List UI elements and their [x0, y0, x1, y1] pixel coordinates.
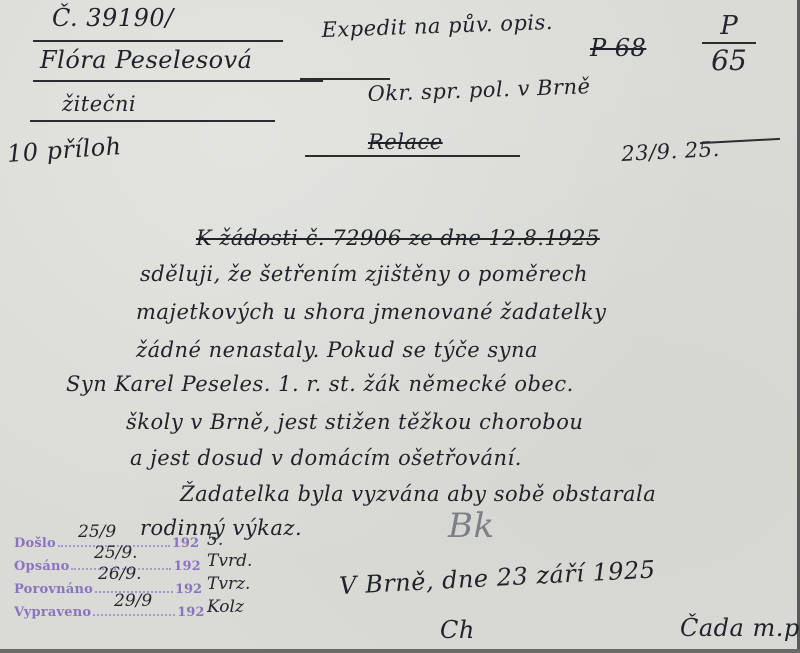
- stamp-label-doslo: Došlo: [14, 536, 56, 551]
- stamp-label-porovnano: Porovnáno: [14, 582, 93, 597]
- body-line-1: K žádosti č. 72906 ze dne 12.8.1925: [196, 226, 600, 250]
- stamp-date-vypraveno: 29/9: [114, 591, 152, 611]
- stamp-date-doslo: 25/9: [78, 522, 116, 542]
- page-edge-bottom: [0, 649, 800, 653]
- stamp-row-opsano: Opsáno 192 25/9. Tvrd.: [14, 551, 314, 574]
- underline-reference: [33, 40, 283, 42]
- applicant-role: žitečni: [62, 92, 136, 116]
- pencil-initials: Bk: [448, 506, 495, 546]
- underline-relace: [305, 155, 520, 157]
- body-line-4: žádné nenastaly. Pokud se týče syna: [136, 338, 538, 362]
- underline-role: [30, 120, 275, 122]
- closing-place-date: V Brně, dne 23 září 1925: [339, 555, 657, 600]
- body-line-2: sděluji, že šetřením zjištěny o poměrech: [140, 262, 588, 286]
- closing-initials: Ch: [440, 616, 475, 644]
- registry-stamp: Došlo 192 25/9 5. Opsáno 192 25/9. Tvrd.…: [14, 528, 314, 620]
- struck-file-code: P 68: [590, 34, 646, 62]
- attachments-count: 10 příloh: [6, 132, 122, 168]
- expedition-note: Expedit na pův. opis.: [321, 10, 553, 42]
- applicant-name: Flóra Peselesová: [40, 46, 253, 74]
- archival-document-page: Č. 39190/ Flóra Peselesová žitečni 10 př…: [0, 0, 800, 653]
- body-line-5: Syn Karel Peseles. 1. r. st. žák německé…: [66, 372, 574, 396]
- stamp-date-porovnano: 26/9.: [98, 564, 142, 584]
- reference-number: Č. 39190/: [52, 4, 174, 32]
- stamp-year-suffix-doslo: 5.: [207, 530, 223, 550]
- stamp-year-prefix: 192: [177, 605, 204, 620]
- stamp-dotted-line: [93, 613, 175, 616]
- body-line-3: majetkových u shora jmenované žadatelky: [136, 300, 607, 324]
- closing-signature: Čada m.p.: [680, 614, 800, 642]
- body-line-7: a jest dosud v domácím ošetřování.: [130, 446, 522, 470]
- stamp-label-opsano: Opsáno: [14, 559, 69, 574]
- underline-applicant: [33, 80, 323, 82]
- stamp-label-vypraveno: Vypraveno: [14, 605, 91, 620]
- stamp-year-prefix: 192: [173, 559, 200, 574]
- stamp-row-doslo: Došlo 192 25/9 5.: [14, 528, 314, 551]
- district-office: Okr. spr. pol. v Brně: [367, 74, 591, 106]
- file-code-fraction: P 65: [702, 12, 756, 76]
- struck-relace: Relace: [368, 130, 443, 154]
- body-line-6: školy v Brně, jest stižen těžkou chorobo…: [126, 410, 583, 434]
- underline-district: [300, 78, 390, 80]
- stamp-row-porovnano: Porovnáno 192 26/9. Tvrz.: [14, 574, 314, 597]
- stamp-year-prefix: 192: [175, 582, 202, 597]
- stamp-year-prefix: 192: [172, 536, 199, 551]
- stamp-initials-opsano: Tvrd.: [207, 551, 252, 571]
- file-code-numerator: P: [702, 12, 756, 40]
- stamp-row-vypraveno: Vypraveno 192 29/9 Kolz: [14, 597, 314, 620]
- stamp-initials-vypraveno: Kolz: [207, 597, 244, 617]
- body-line-8: Žadatelka byla vyzvána aby sobě obstaral…: [180, 482, 656, 506]
- stamp-date-opsano: 25/9.: [94, 543, 138, 563]
- file-code-denominator: 65: [702, 46, 756, 76]
- stamp-initials-porovnano: Tvrz.: [207, 574, 250, 594]
